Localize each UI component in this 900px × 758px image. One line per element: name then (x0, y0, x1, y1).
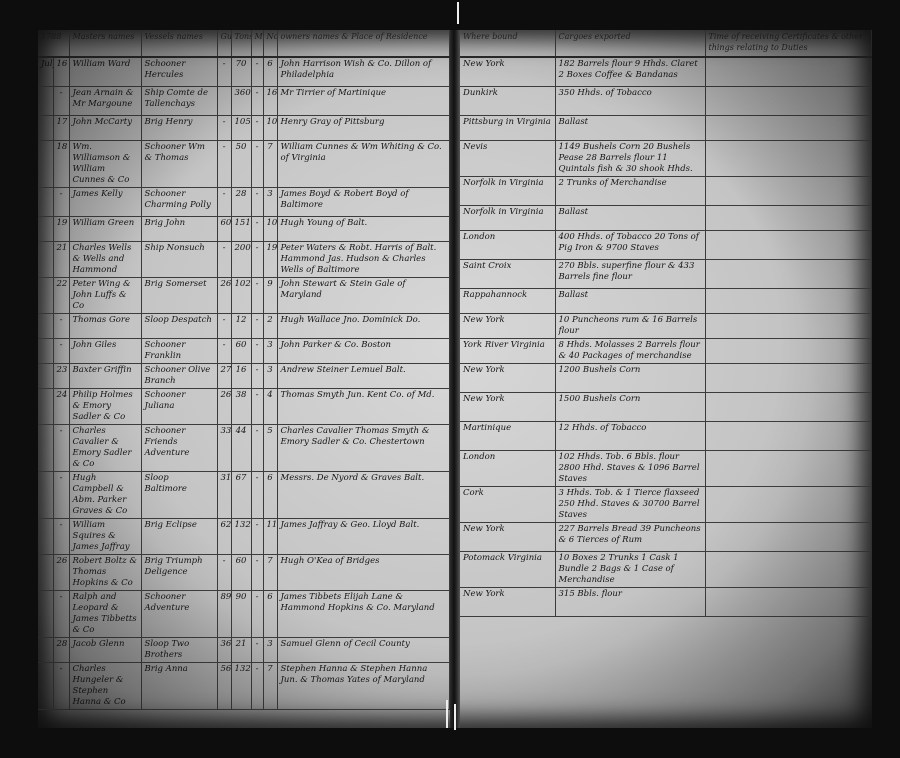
men-cell: - (251, 116, 263, 141)
guns-cell: - (217, 116, 231, 141)
men-cell: - (251, 87, 263, 116)
owners-cell: Mr Tirrier of Martinique (277, 87, 449, 116)
tons-cell: 60 (231, 339, 251, 364)
microfilm-mark-bottom-1 (446, 700, 448, 728)
where-bound-cell: New York (460, 364, 555, 393)
tons-cell: 50 (231, 141, 251, 188)
owners-cell: Hugh O'Kea of Bridges (277, 555, 449, 591)
vessel-name-cell: Schooner Charming Polly (141, 188, 217, 217)
where-bound-cell: Cork (460, 487, 555, 523)
cargo-cell: 315 Bbls. flour (555, 588, 705, 617)
day-cell: 22 (53, 278, 69, 314)
men-cell: - (251, 519, 263, 555)
ledger-row-left: -Ralph and Leopard & James Tibbetts & Co… (38, 591, 450, 638)
men-cell: - (251, 472, 263, 519)
crew-header: No. (263, 30, 277, 57)
remarks-cell (705, 314, 872, 339)
owners-cell: James Jaffray & Geo. Lloyd Balt. (277, 519, 449, 555)
men-cell: - (251, 591, 263, 638)
remarks-cell (705, 393, 872, 422)
ledger-row-left: -John GilesSchooner Franklin-60-3John Pa… (38, 339, 450, 364)
vessel-name-cell: Schooner Juliana (141, 389, 217, 425)
crew-cell: 7 (263, 663, 277, 710)
right-page: Where bound Cargoes exported Time of rec… (460, 30, 872, 728)
month-cell (38, 638, 53, 663)
men-cell: - (251, 555, 263, 591)
cargo-cell: 12 Hhds. of Tobacco (555, 422, 705, 451)
day-cell: 24 (53, 389, 69, 425)
crew-cell: 9 (263, 278, 277, 314)
owners-cell: Samuel Glenn of Cecil County (277, 638, 449, 663)
guns-cell: 27 (217, 364, 231, 389)
where-bound-cell: Norfolk in Virginia (460, 177, 555, 206)
cargo-cell: 10 Boxes 2 Trunks 1 Cask 1 Bundle 2 Bags… (555, 552, 705, 588)
vessel-name-cell: Brig John (141, 217, 217, 242)
vessel-name-cell: Sloop Despatch (141, 314, 217, 339)
month-cell (38, 425, 53, 472)
master-name-cell: Jean Arnain & Mr Margoune (69, 87, 141, 116)
master-name-cell: Philip Holmes & Emory Sadler & Co (69, 389, 141, 425)
guns-cell: - (217, 555, 231, 591)
guns-cell: 31 (217, 472, 231, 519)
vessel-name-cell: Ship Comte de Tallenchays (141, 87, 217, 116)
right-ledger-table: Where bound Cargoes exported Time of rec… (460, 30, 872, 617)
vessel-name-cell: Schooner Franklin (141, 339, 217, 364)
master-name-cell: William Ward (69, 57, 141, 87)
day-cell: - (53, 314, 69, 339)
owners-cell: James Boyd & Robert Boyd of Baltimore (277, 188, 449, 217)
cargo-cell: 3 Hhds. Tob. & 1 Tierce flaxseed 250 Hhd… (555, 487, 705, 523)
guns-cell: 62 (217, 519, 231, 555)
ledger-row-right: New York315 Bbls. flour (460, 588, 872, 617)
where-bound-cell: New York (460, 523, 555, 552)
owners-cell: John Parker & Co. Boston (277, 339, 449, 364)
where-bound-cell: Norfolk in Virginia (460, 206, 555, 231)
vessel-name-cell: Schooner Adventure (141, 591, 217, 638)
owners-cell: John Stewart & Stein Gale of Maryland (277, 278, 449, 314)
crew-cell: 2 (263, 314, 277, 339)
vessel-name-cell: Brig Triumph Deligence (141, 555, 217, 591)
where-bound-header: Where bound (460, 30, 555, 57)
where-bound-cell: London (460, 231, 555, 260)
master-name-cell: William Green (69, 217, 141, 242)
tons-cell: 67 (231, 472, 251, 519)
ledger-row-right: Martinique12 Hhds. of Tobacco (460, 422, 872, 451)
tons-cell: 16 (231, 364, 251, 389)
month-cell (38, 314, 53, 339)
crew-cell: 3 (263, 339, 277, 364)
vessel-name-cell: Schooner Friends Adventure (141, 425, 217, 472)
month-cell (38, 519, 53, 555)
ledger-row-right: New York182 Barrels flour 9 Hhds. Claret… (460, 57, 872, 87)
master-name-cell: Robert Boltz & Thomas Hopkins & Co (69, 555, 141, 591)
vessel-name-cell: Schooner Hercules (141, 57, 217, 87)
crew-cell: 11 (263, 519, 277, 555)
ledger-row-right: New York1200 Bushels Corn (460, 364, 872, 393)
ledger-row-right: Nevis1149 Bushels Corn 20 Bushels Pease … (460, 141, 872, 177)
ledger-row-right: Norfolk in VirginiaBallast (460, 206, 872, 231)
day-cell: - (53, 472, 69, 519)
cargo-cell: Ballast (555, 206, 705, 231)
day-cell: - (53, 87, 69, 116)
cargo-cell: 1500 Bushels Corn (555, 393, 705, 422)
ledger-row-right: RappahannockBallast (460, 289, 872, 314)
where-bound-cell: New York (460, 588, 555, 617)
month-cell (38, 188, 53, 217)
ledger-row-right: York River Virginia8 Hhds. Molasses 2 Ba… (460, 339, 872, 364)
owners-cell: Charles Cavalier Thomas Smyth & Emory Sa… (277, 425, 449, 472)
men-cell: - (251, 141, 263, 188)
ledger-row-left: -William Squires & James JaffrayBrig Ecl… (38, 519, 450, 555)
masters-names-header: Masters names (69, 30, 141, 57)
crew-cell: 4 (263, 389, 277, 425)
day-cell: - (53, 519, 69, 555)
remarks-cell (705, 141, 872, 177)
left-header-row: 1788 Masters names Vessels names Guns To… (38, 30, 450, 57)
remarks-cell (705, 364, 872, 393)
month-cell (38, 278, 53, 314)
crew-cell: 6 (263, 57, 277, 87)
month-cell (38, 87, 53, 116)
month-cell (38, 217, 53, 242)
master-name-cell: Peter Wing & John Luffs & Co (69, 278, 141, 314)
guns-cell: 56 (217, 663, 231, 710)
guns-cell (217, 87, 231, 116)
tons-cell: 132 (231, 663, 251, 710)
cargo-cell: 227 Barrels Bread 39 Puncheons & 6 Tierc… (555, 523, 705, 552)
crew-cell: 5 (263, 425, 277, 472)
master-name-cell: Charles Hungeler & Stephen Hanna & Co (69, 663, 141, 710)
left-page: 1788 Masters names Vessels names Guns To… (38, 30, 450, 728)
month-cell: July (38, 57, 53, 87)
ledger-row-left: 23Baxter GriffinSchooner Olive Branch271… (38, 364, 450, 389)
owners-cell: Henry Gray of Pittsburg (277, 116, 449, 141)
guns-cell: - (217, 57, 231, 87)
tons-cell: 200 (231, 242, 251, 278)
crew-cell: 6 (263, 591, 277, 638)
remarks-cell (705, 231, 872, 260)
ledger-row-left: 22Peter Wing & John Luffs & CoBrig Somer… (38, 278, 450, 314)
remarks-cell (705, 339, 872, 364)
guns-cell: 26 (217, 278, 231, 314)
guns-cell: - (217, 339, 231, 364)
ledger-row-left: -Jean Arnain & Mr MargouneShip Comte de … (38, 87, 450, 116)
owners-cell: James Tibbets Elijah Lane & Hammond Hopk… (277, 591, 449, 638)
ledger-row-right: Pittsburg in VirginiaBallast (460, 116, 872, 141)
guns-cell: 26 (217, 389, 231, 425)
tons-cell: 151 (231, 217, 251, 242)
men-cell: - (251, 217, 263, 242)
day-cell: 28 (53, 638, 69, 663)
cargo-cell: 270 Bbls. superfine flour & 433 Barrels … (555, 260, 705, 289)
men-header: Men (251, 30, 263, 57)
remarks-cell (705, 552, 872, 588)
guns-cell: 60 (217, 217, 231, 242)
crew-cell: 6 (263, 472, 277, 519)
crew-cell: 16 (263, 87, 277, 116)
vessel-name-cell: Sloop Baltimore (141, 472, 217, 519)
ledger-row-right: London400 Hhds. of Tobacco 20 Tons of Pi… (460, 231, 872, 260)
month-cell (38, 339, 53, 364)
month-cell (38, 116, 53, 141)
cargo-cell: Ballast (555, 116, 705, 141)
cargo-cell: 2 Trunks of Merchandise (555, 177, 705, 206)
day-cell: - (53, 425, 69, 472)
vessel-name-cell: Sloop Two Brothers (141, 638, 217, 663)
day-cell: - (53, 339, 69, 364)
remarks-cell (705, 289, 872, 314)
owners-cell: Messrs. De Nyord & Graves Balt. (277, 472, 449, 519)
tons-cell: 102 (231, 278, 251, 314)
ledger-row-right: Saint Croix270 Bbls. superfine flour & 4… (460, 260, 872, 289)
ledger-row-left: -Charles Hungeler & Stephen Hanna & CoBr… (38, 663, 450, 710)
vessel-name-cell: Brig Henry (141, 116, 217, 141)
month-cell (38, 555, 53, 591)
month-cell (38, 364, 53, 389)
ledger-row-left: 21Charles Wells & Wells and HammondShip … (38, 242, 450, 278)
crew-cell: 3 (263, 188, 277, 217)
vessel-name-cell: Schooner Olive Branch (141, 364, 217, 389)
where-bound-cell: London (460, 451, 555, 487)
day-cell: - (53, 188, 69, 217)
where-bound-cell: Dunkirk (460, 87, 555, 116)
tons-cell: 12 (231, 314, 251, 339)
ledger-row-left: 28Jacob GlennSloop Two Brothers3621-3Sam… (38, 638, 450, 663)
crew-cell: 10 (263, 116, 277, 141)
remarks-cell (705, 260, 872, 289)
right-header-row: Where bound Cargoes exported Time of rec… (460, 30, 872, 57)
crew-cell: 19 (263, 242, 277, 278)
day-cell: 21 (53, 242, 69, 278)
ledger-row-right: Norfolk in Virginia2 Trunks of Merchandi… (460, 177, 872, 206)
vessel-name-cell: Ship Nonsuch (141, 242, 217, 278)
month-cell (38, 141, 53, 188)
ledger-row-right: London102 Hhds. Tob. 6 Bbls. flour 2800 … (460, 451, 872, 487)
men-cell: - (251, 242, 263, 278)
cargo-cell: Ballast (555, 289, 705, 314)
men-cell: - (251, 638, 263, 663)
men-cell: - (251, 364, 263, 389)
where-bound-cell: New York (460, 57, 555, 87)
day-cell: 26 (53, 555, 69, 591)
month-cell (38, 472, 53, 519)
vessel-name-cell: Brig Anna (141, 663, 217, 710)
microfilm-mark-top (457, 2, 459, 24)
where-bound-cell: Pittsburg in Virginia (460, 116, 555, 141)
tons-cell: 60 (231, 555, 251, 591)
ledger-row-left: -James KellySchooner Charming Polly-28-3… (38, 188, 450, 217)
owners-cell: Peter Waters & Robt. Harris of Balt. Ham… (277, 242, 449, 278)
day-cell: - (53, 663, 69, 710)
remarks-cell (705, 451, 872, 487)
remarks-header: Time of receiving Certificates & other t… (705, 30, 872, 57)
owners-cell: Hugh Wallace Jno. Dominick Do. (277, 314, 449, 339)
vessels-names-header: Vessels names (141, 30, 217, 57)
where-bound-cell: Rappahannock (460, 289, 555, 314)
master-name-cell: John Giles (69, 339, 141, 364)
ledger-row-left: 19William GreenBrig John60151-10Hugh You… (38, 217, 450, 242)
tons-cell: 132 (231, 519, 251, 555)
crew-cell: 7 (263, 141, 277, 188)
cargo-cell: 350 Hhds. of Tobacco (555, 87, 705, 116)
remarks-cell (705, 87, 872, 116)
vessel-name-cell: Brig Eclipse (141, 519, 217, 555)
master-name-cell: Charles Wells & Wells and Hammond (69, 242, 141, 278)
ledger-row-left: July16William WardSchooner Hercules-70-6… (38, 57, 450, 87)
tons-cell: 105 (231, 116, 251, 141)
crew-cell: 3 (263, 638, 277, 663)
ledger-row-right: Cork3 Hhds. Tob. & 1 Tierce flaxseed 250… (460, 487, 872, 523)
master-name-cell: Ralph and Leopard & James Tibbetts & Co (69, 591, 141, 638)
vessel-name-cell: Brig Somerset (141, 278, 217, 314)
year-header: 1788 (38, 30, 69, 57)
cargo-cell: 400 Hhds. of Tobacco 20 Tons of Pig Iron… (555, 231, 705, 260)
crew-cell: 3 (263, 364, 277, 389)
ledger-row-right: New York1500 Bushels Corn (460, 393, 872, 422)
remarks-cell (705, 116, 872, 141)
ledger-row-left: -Charles Cavalier & Emory Sadler & CoSch… (38, 425, 450, 472)
owners-cell: Thomas Smyth Jun. Kent Co. of Md. (277, 389, 449, 425)
where-bound-cell: Martinique (460, 422, 555, 451)
cargo-cell: 1200 Bushels Corn (555, 364, 705, 393)
cargo-cell: 8 Hhds. Molasses 2 Barrels flour & 40 Pa… (555, 339, 705, 364)
ledger-row-left: -Hugh Campbell & Abm. Parker Graves & Co… (38, 472, 450, 519)
day-cell: 16 (53, 57, 69, 87)
owners-header: owners names & Place of Residence (277, 30, 449, 57)
ledger-row-left: 26Robert Boltz & Thomas Hopkins & CoBrig… (38, 555, 450, 591)
ledger-row-left: 18Wm. Williamson & William Cunnes & CoSc… (38, 141, 450, 188)
month-cell (38, 389, 53, 425)
day-cell: 19 (53, 217, 69, 242)
men-cell: - (251, 188, 263, 217)
remarks-cell (705, 422, 872, 451)
men-cell: - (251, 663, 263, 710)
tons-cell: 70 (231, 57, 251, 87)
where-bound-cell: New York (460, 393, 555, 422)
ledger-row-left: 17John McCartyBrig Henry-105-10Henry Gra… (38, 116, 450, 141)
owners-cell: Hugh Young of Balt. (277, 217, 449, 242)
left-ledger-table: 1788 Masters names Vessels names Guns To… (38, 30, 450, 710)
ledger-row-right: Dunkirk350 Hhds. of Tobacco (460, 87, 872, 116)
day-cell: 18 (53, 141, 69, 188)
remarks-cell (705, 487, 872, 523)
owners-cell: William Cunnes & Wm Whiting & Co. of Vir… (277, 141, 449, 188)
ledger-row-left: -Thomas GoreSloop Despatch-12-2Hugh Wall… (38, 314, 450, 339)
master-name-cell: Baxter Griffin (69, 364, 141, 389)
where-bound-cell: York River Virginia (460, 339, 555, 364)
month-cell (38, 242, 53, 278)
men-cell: - (251, 389, 263, 425)
master-name-cell: William Squires & James Jaffray (69, 519, 141, 555)
tons-cell: 90 (231, 591, 251, 638)
owners-cell: Stephen Hanna & Stephen Hanna Jun. & Tho… (277, 663, 449, 710)
microfilm-mark-bottom-2 (454, 704, 456, 730)
master-name-cell: Jacob Glenn (69, 638, 141, 663)
where-bound-cell: Nevis (460, 141, 555, 177)
master-name-cell: Thomas Gore (69, 314, 141, 339)
men-cell: - (251, 339, 263, 364)
guns-cell: - (217, 141, 231, 188)
owners-cell: John Harrison Wish & Co. Dillon of Phila… (277, 57, 449, 87)
owners-cell: Andrew Steiner Lemuel Balt. (277, 364, 449, 389)
where-bound-cell: New York (460, 314, 555, 339)
tons-cell: 38 (231, 389, 251, 425)
cargo-cell: 182 Barrels flour 9 Hhds. Claret 2 Boxes… (555, 57, 705, 87)
guns-header: Guns (217, 30, 231, 57)
ledger-spread: 1788 Masters names Vessels names Guns To… (38, 30, 872, 728)
guns-cell: - (217, 314, 231, 339)
ledger-row-right: Potomack Virginia10 Boxes 2 Trunks 1 Cas… (460, 552, 872, 588)
where-bound-cell: Saint Croix (460, 260, 555, 289)
remarks-cell (705, 523, 872, 552)
month-cell (38, 591, 53, 638)
men-cell: - (251, 425, 263, 472)
vessel-name-cell: Schooner Wm & Thomas (141, 141, 217, 188)
remarks-cell (705, 206, 872, 231)
ledger-row-left: 24Philip Holmes & Emory Sadler & CoSchoo… (38, 389, 450, 425)
guns-cell: - (217, 242, 231, 278)
left-ledger-body: July16William WardSchooner Hercules-70-6… (38, 57, 450, 710)
master-name-cell: Wm. Williamson & William Cunnes & Co (69, 141, 141, 188)
crew-cell: 10 (263, 217, 277, 242)
cargo-cell: 102 Hhds. Tob. 6 Bbls. flour 2800 Hhd. S… (555, 451, 705, 487)
tons-header: Tons (231, 30, 251, 57)
cargo-cell: 1149 Bushels Corn 20 Bushels Pease 28 Ba… (555, 141, 705, 177)
remarks-cell (705, 588, 872, 617)
master-name-cell: John McCarty (69, 116, 141, 141)
guns-cell: 36 (217, 638, 231, 663)
month-cell (38, 663, 53, 710)
guns-cell: 89 (217, 591, 231, 638)
tons-cell: 44 (231, 425, 251, 472)
cargoes-header: Cargoes exported (555, 30, 705, 57)
book-gutter (450, 30, 460, 728)
men-cell: - (251, 57, 263, 87)
tons-cell: 28 (231, 188, 251, 217)
remarks-cell (705, 57, 872, 87)
tons-cell: 21 (231, 638, 251, 663)
day-cell: 23 (53, 364, 69, 389)
master-name-cell: James Kelly (69, 188, 141, 217)
men-cell: - (251, 278, 263, 314)
day-cell: - (53, 591, 69, 638)
master-name-cell: Charles Cavalier & Emory Sadler & Co (69, 425, 141, 472)
crew-cell: 7 (263, 555, 277, 591)
ledger-row-right: New York227 Barrels Bread 39 Puncheons &… (460, 523, 872, 552)
ledger-row-right: New York10 Puncheons rum & 16 Barrels fl… (460, 314, 872, 339)
tons-cell: 360 (231, 87, 251, 116)
right-ledger-body: New York182 Barrels flour 9 Hhds. Claret… (460, 57, 872, 617)
men-cell: - (251, 314, 263, 339)
remarks-cell (705, 177, 872, 206)
where-bound-cell: Potomack Virginia (460, 552, 555, 588)
cargo-cell: 10 Puncheons rum & 16 Barrels flour (555, 314, 705, 339)
guns-cell: 33 (217, 425, 231, 472)
master-name-cell: Hugh Campbell & Abm. Parker Graves & Co (69, 472, 141, 519)
day-cell: 17 (53, 116, 69, 141)
guns-cell: - (217, 188, 231, 217)
